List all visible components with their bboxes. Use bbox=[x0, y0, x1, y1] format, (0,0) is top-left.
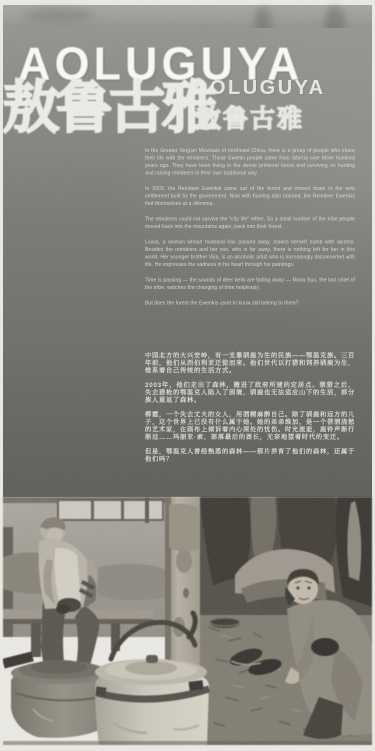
scan-top-band bbox=[3, 5, 372, 28]
paragraph-zh-3: 柳霞，一个失去丈夫的女人，用酒精麻醉自己。除了驯鹿和远方的儿子，这个世界上已没有… bbox=[145, 411, 355, 441]
paragraph-zh-1: 中国北方的大兴安岭，有一支靠驯鹿为生的民族——鄂温克族。三百年前，他们从西伯利亚… bbox=[145, 352, 355, 375]
chinese-text-column: 中国北方的大兴安岭，有一支靠驯鹿为生的民族——鄂温克族。三百年前，他们从西伯利亚… bbox=[145, 352, 355, 470]
poster-title-chinese-small: 敖鲁古雅 bbox=[196, 99, 304, 135]
paragraph-zh-2: 2003年，他们走出了森林，搬进了政府所建的定居点。禁猎之后，失去猎枪的鄂温克人… bbox=[145, 382, 355, 405]
magazine-page: AOLUGUYA AOLUGUYA 敖鲁古雅 敖鲁古雅 In the Great… bbox=[0, 0, 375, 751]
paragraph-en-2: In 2003, the Reindeer Ewenkis came out o… bbox=[145, 185, 355, 208]
paragraph-en-5: Time is passing — the sounds of deer bel… bbox=[145, 277, 355, 292]
paragraph-en-6: But does the forest the Ewenkis used to … bbox=[145, 300, 355, 308]
poster-surface: AOLUGUYA AOLUGUYA 敖鲁古雅 敖鲁古雅 In the Great… bbox=[3, 28, 372, 497]
paragraph-zh-4: 但是，鄂温克人曾经熟悉的森林——那片养育了他们的森林，还属于他们吗？ bbox=[145, 448, 355, 463]
paragraph-en-3: The reindeers could not survive the "cit… bbox=[145, 216, 355, 231]
poster-title-chinese-large: 敖鲁古雅 bbox=[3, 80, 198, 136]
paragraph-en-1: In the Greater Xing'an Mountain of north… bbox=[145, 147, 355, 177]
paragraph-en-4: Liuxia, a woman whose husband has passed… bbox=[145, 239, 355, 269]
documentary-photograph bbox=[3, 497, 372, 745]
photo-bottom-shadow bbox=[3, 741, 372, 745]
stain-mark bbox=[23, 8, 93, 22]
english-text-column: In the Greater Xing'an Mountain of north… bbox=[145, 147, 355, 315]
